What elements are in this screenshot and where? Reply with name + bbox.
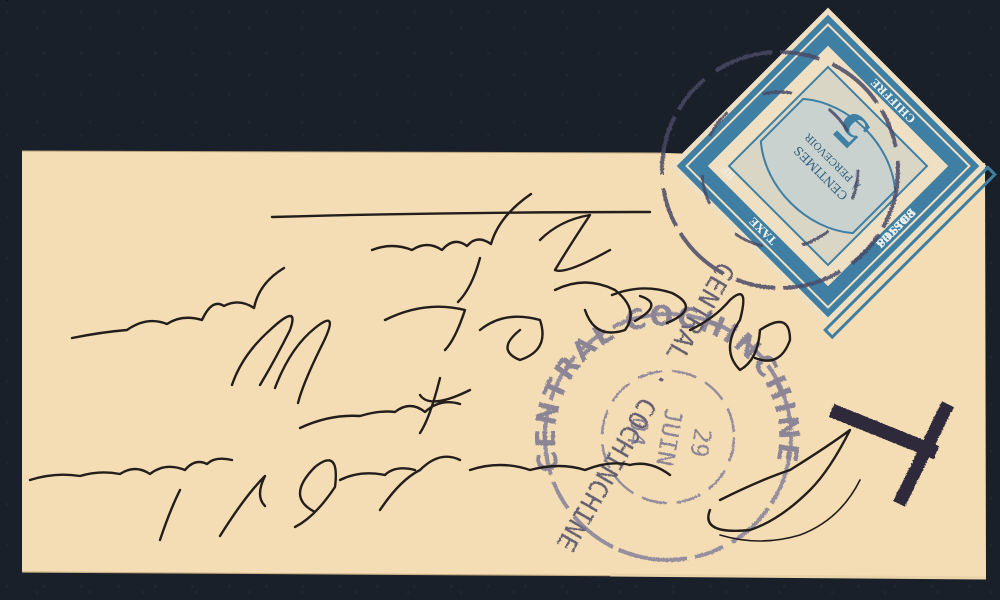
postal-cover-photo: Postal cover (wrapper) addressed in hand… bbox=[0, 0, 1000, 600]
tax-mark-glyph: T bbox=[0, 0, 11, 4]
postmark-date-year: 04 bbox=[621, 415, 654, 448]
cover-illustration: TAXE CHIFFRE POSTES POSTES CENTIMES À PE… bbox=[0, 0, 1000, 600]
postmark-date-day: 29 bbox=[684, 426, 717, 459]
